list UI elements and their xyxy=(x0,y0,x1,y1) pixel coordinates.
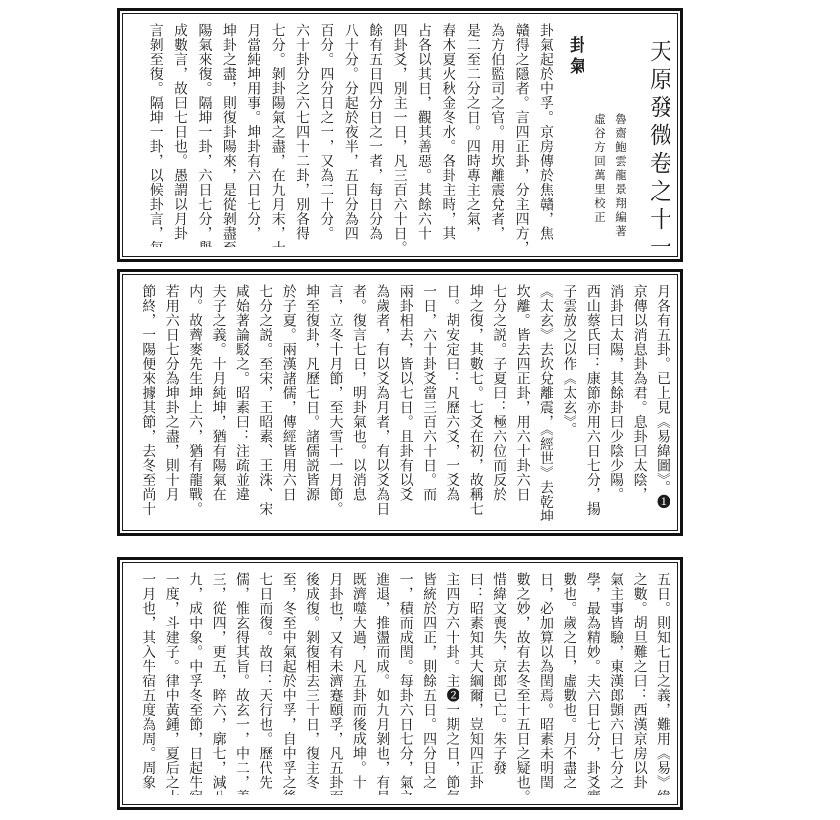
text-column: 兩卦相去，皆以七日。且卦有以爻 xyxy=(389,284,412,521)
text-column: 為方伯監司之官。用坎離震兌者， xyxy=(480,23,504,247)
text-column: 一月也，其入牛宿五度為周。周象 xyxy=(132,572,155,795)
text-column: 九，成中象。中孚冬至節，日起牛宿 xyxy=(179,572,202,795)
text-column: 月當純坤用事。坤卦有六日七分， xyxy=(236,23,260,247)
text-column: 至，冬至中氣起於中孚，自中孚之後 xyxy=(272,572,295,795)
text-column: 占各以其日，觀其善惡。其餘六十 xyxy=(407,23,431,247)
text-column: 皆統於四正，則餘五日。四分日之 xyxy=(413,572,436,795)
text-column: 坤至復卦，凡歷七日。諸儒説皆源 xyxy=(296,284,319,521)
text-column: 贛得之隱者。言四正卦，分主四方， xyxy=(504,23,528,247)
text-column: 三，從四，更五，睟六，廓七，減八，沉 xyxy=(202,572,225,795)
text-column: 若用六日七分為坤卦之盡，則十月 xyxy=(155,284,178,521)
text-column: 後成復。剝復相去三十日，復主冬 xyxy=(296,572,319,795)
text-column: 日。胡安定曰：凡歷六爻，一爻為 xyxy=(436,284,459,521)
text-column: 數也。歲之日，虛數也。月不盡之 xyxy=(553,572,576,795)
register-top: 天原發微卷之十一 魯齋鮑雲龍景翔編著 虛谷方回萬里校正 卦氣 卦氣起於中孚。京房… xyxy=(122,13,678,257)
text-column: 七日而復。故曰：天行也。歷代先 xyxy=(249,572,272,795)
text-column: 卦氣起於中孚。京房傳於焦贛，焦 xyxy=(529,23,553,247)
text-column: 節終，一陽便來據其節，去冬至尚十 xyxy=(132,284,155,521)
text-column: 四卦爻，別主一日，凡三百六十日。 xyxy=(382,23,406,247)
text-column: 七分之説。子夏曰：極六位而反於 xyxy=(483,284,506,521)
text-column: 學，最為精妙。夫六日七分，卦爻實 xyxy=(576,572,599,795)
text-column: 儒，惟玄得其旨。故玄一，中二，羡 xyxy=(226,572,249,795)
text-column: 坤卦之盡，則復卦陽來，是從剝盡至 xyxy=(212,23,236,247)
text-column: 一度，斗建子。律中黃鍾，夏后之十 xyxy=(155,572,178,795)
section-header: 卦氣 xyxy=(553,23,584,247)
text-column: 主四方六十卦。主❷一期之日，節氣 xyxy=(436,572,459,795)
text-column: 百分。四分日之一，又為二十分。 xyxy=(309,23,333,247)
text-column: 坎離。皆去四正卦，用六十卦六日 xyxy=(506,284,529,521)
text-column: 言，立冬十月節，至大雪十一月節。 xyxy=(319,284,342,521)
author-line-2: 虛谷方回萬里校正 xyxy=(584,23,605,247)
text-column: 曰：昭素知其大綱爾，豈知四正卦 xyxy=(459,572,482,795)
text-column: 之數。胡旦難之曰：西漢京房以卦 xyxy=(623,572,646,795)
text-column: 數之妙，故有去冬至十五日之疑也。 xyxy=(506,572,529,795)
volume-title: 天原發微卷之十一 xyxy=(626,23,670,247)
text-column: 内。故薺麥先生坤上六，猶有龍戰。 xyxy=(179,284,202,521)
text-column: 陽氣來復。隔坤一卦，六日七分，舉 xyxy=(187,23,211,247)
text-column: 子雲放之以作《太玄》。 xyxy=(553,284,576,521)
text-column: 於子夏。兩漢諸儒，傳經皆用六日 xyxy=(272,284,295,521)
text-column: 進退，推盪而成。如九月剝也，有艮 xyxy=(366,572,389,795)
text-column: 惜緯文喪失，京郎已亡。朱子發 xyxy=(483,572,506,795)
text-column: 七分之説。至宋，王昭素、王洙、宋 xyxy=(249,284,272,521)
register-top-content: 天原發微卷之十一 魯齋鮑雲龍景翔編著 虛谷方回萬里校正 卦氣 卦氣起於中孚。京房… xyxy=(123,14,677,256)
text-column: 氣主事皆驗，東漢郎顗六日七分之 xyxy=(600,572,623,795)
register-bottom-content: 五日。則知七日之義，難用《易》緯之數。胡旦難之曰：西漢京房以卦氣主事皆驗，東漢郎… xyxy=(123,563,677,804)
text-column: 消卦曰太陽，其餘卦曰少陰少陽。 xyxy=(600,284,623,521)
text-column: 六十卦分之六七四十二卦，別各得 xyxy=(285,23,309,247)
text-column: 者。復言七日，明卦氣也。以消息 xyxy=(343,284,366,521)
text-column: 西山蔡氏曰：康節亦用六日七分，揚 xyxy=(576,284,599,521)
text-column: 《太玄》去坎兌離震，《經世》去乾坤 xyxy=(530,284,553,521)
text-column: 餘有五日四分日之一者，每日分為 xyxy=(358,23,382,247)
register-middle-content: 月各有五卦。已上見《易緯圖》。❶京傳以消息卦為君。息卦曰太陰，消卦曰太陽，其餘卦… xyxy=(123,275,677,530)
text-column: 八十分。分起於夜半，五日分為四 xyxy=(333,23,357,247)
text-column: 春木夏火秋金冬水。各卦主時，其 xyxy=(431,23,455,247)
text-column: 日，必加算以為閏焉。昭素未明閏 xyxy=(530,572,553,795)
text-column: 一日，六十卦爻當三百六十日。而 xyxy=(413,284,436,521)
text-column: 坤之復，其數七。七爻在初，故稱七 xyxy=(459,284,482,521)
text-column: 成數言，故曰七日也。愚謂以月卦 xyxy=(163,23,187,247)
register-bottom: 五日。則知七日之義，難用《易》緯之數。胡旦難之曰：西漢京房以卦氣主事皆驗，東漢郎… xyxy=(122,562,678,805)
text-column: 月卦也，又有未濟蹇頤孚，凡五卦而 xyxy=(319,572,342,795)
text-column: 七分。剝卦陽氣之盡，在九月末，十 xyxy=(260,23,284,247)
text-column: 是二至二分之日。四時專主之氣， xyxy=(455,23,479,247)
register-middle: 月各有五卦。已上見《易緯圖》。❶京傳以消息卦為君。息卦曰太陰，消卦曰太陽，其餘卦… xyxy=(122,274,678,531)
book-page: 天原發微卷之十一 魯齋鮑雲龍景翔編著 虛谷方回萬里校正 卦氣 卦氣起於中孚。京房… xyxy=(122,0,678,820)
text-column: 為歲者，有以爻為月者，有以爻為日 xyxy=(366,284,389,521)
text-column: 一，積而成閏。每卦六日七分，氣之 xyxy=(389,572,412,795)
text-column: 咸始著論駁之。昭素曰：注疏並違 xyxy=(226,284,249,521)
text-column: 夫子之義。十月純坤，猶有陽氣在 xyxy=(202,284,225,521)
text-column: 既濟噬大過，凡五卦而後成坤。十 xyxy=(343,572,366,795)
text-column: 月各有五卦。已上見《易緯圖》。❶ xyxy=(647,284,670,521)
text-column: 京傳以消息卦為君。息卦曰太陰， xyxy=(623,284,646,521)
author-line-1: 魯齋鮑雲龍景翔編著 xyxy=(605,23,626,247)
text-column: 五日。則知七日之義，難用《易》緯 xyxy=(647,572,670,795)
text-column: 言剝至復。隔坤一卦，以候卦言，每 xyxy=(138,23,162,247)
